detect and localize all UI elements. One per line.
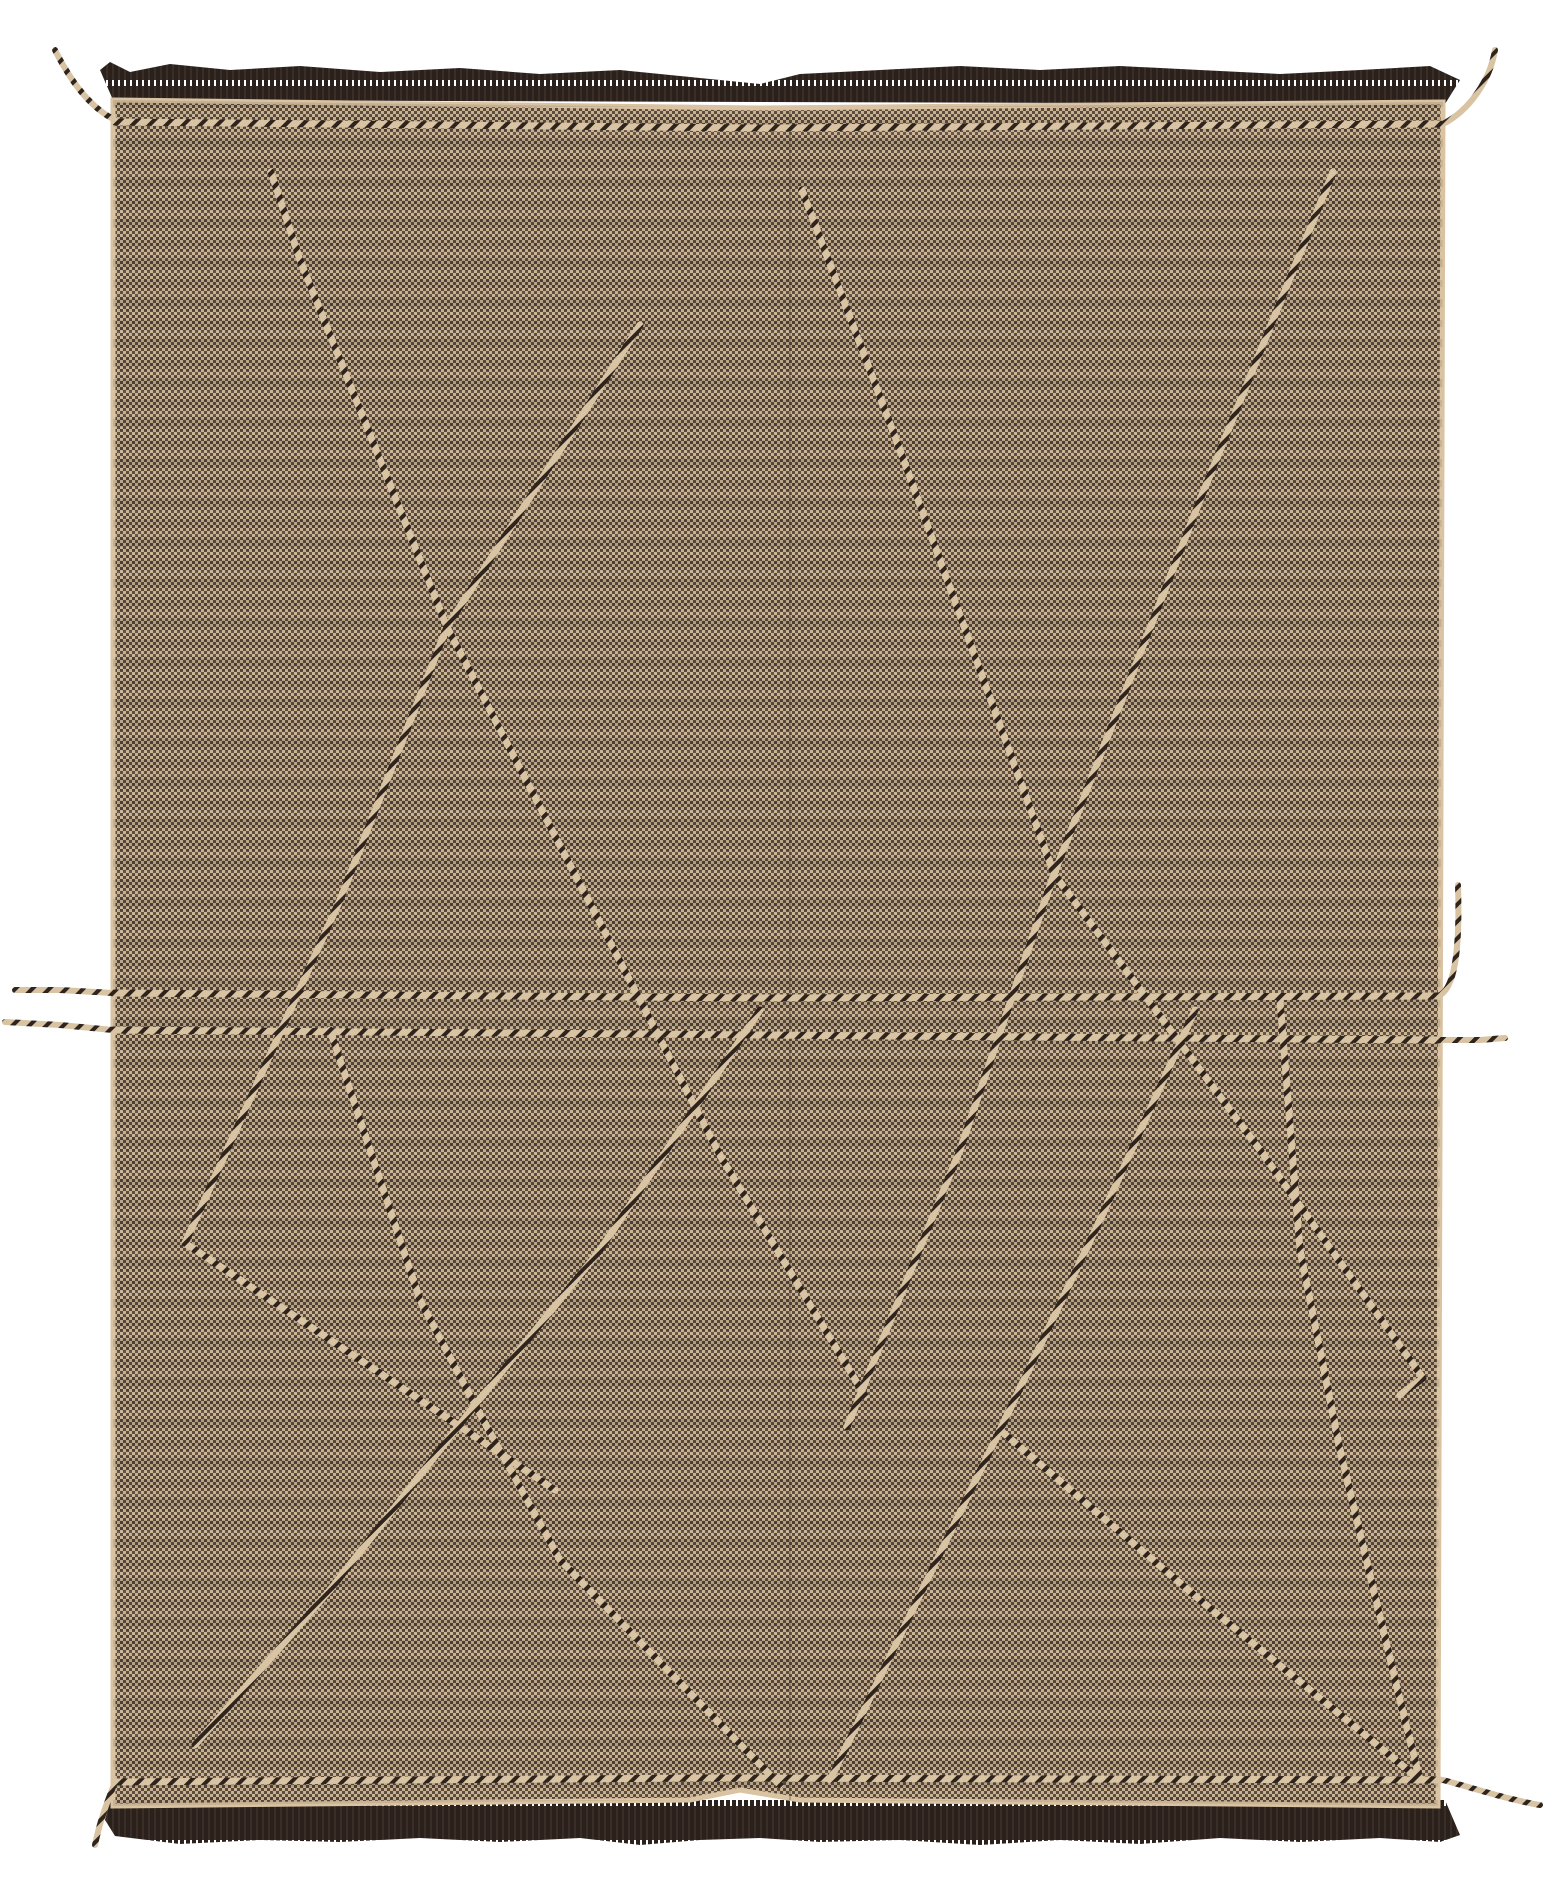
tassel-right-lower: [1438, 1038, 1505, 1040]
top-fringe: [100, 62, 1460, 104]
rug-photo: [0, 0, 1555, 1903]
tassel-left-upper: [15, 990, 113, 993]
tassel-left-lower: [5, 1022, 113, 1030]
tassel-bottom-right: [1443, 1780, 1540, 1805]
tassel-top-left: [55, 50, 115, 120]
